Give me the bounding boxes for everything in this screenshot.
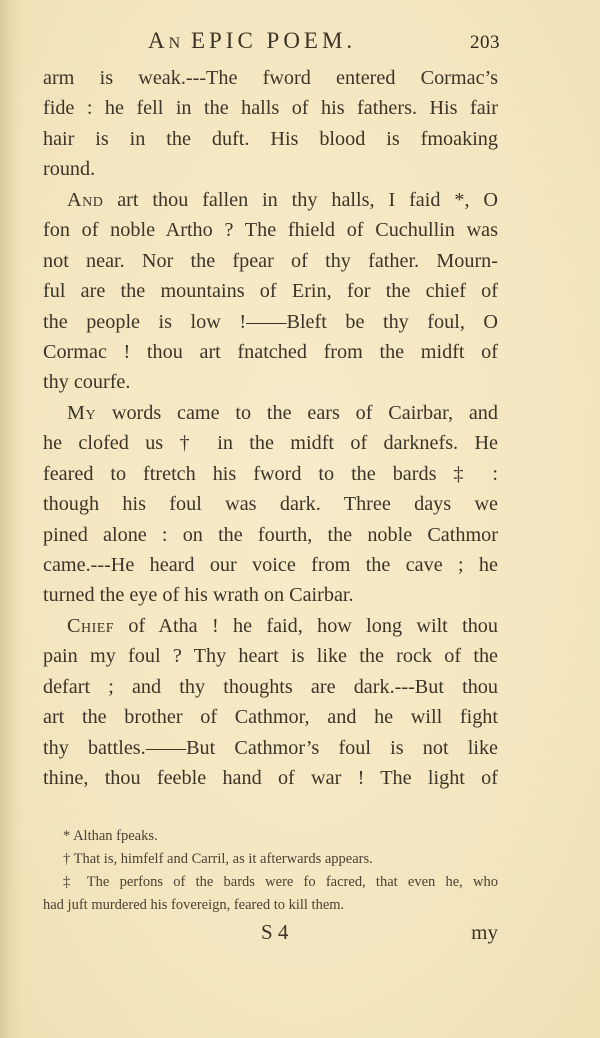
- text-line: pined alone : on the fourth, the noble C…: [43, 520, 498, 550]
- catchword: my: [471, 920, 498, 945]
- paragraph-lead-word: Chief: [67, 615, 114, 637]
- printer-signature-mark: S 4: [261, 920, 288, 945]
- paragraph-start-line: And art thou fallen in thy halls, I faid…: [43, 185, 498, 215]
- text-line: feared to ftretch his fword to the bards…: [43, 459, 498, 489]
- text-line: Cormac ! thou art fnatched from the midf…: [43, 337, 498, 367]
- page-number: 203: [470, 32, 500, 54]
- text-line: thy courfe.: [43, 367, 498, 397]
- text-line: round.: [43, 154, 498, 184]
- paragraph-lead-word: My: [67, 402, 96, 424]
- footnote-double-dagger: ‡ The perfons of the bards were fo facre…: [43, 871, 498, 894]
- signature-row: S 4 my: [43, 920, 498, 948]
- text-line: defart ; and thy thoughts are dark.---Bu…: [43, 672, 498, 702]
- paragraph-lead-word: And: [67, 189, 103, 211]
- text-line: thine, thou feeble hand of war ! The lig…: [43, 763, 498, 793]
- text-line-rest: words came to the ears of Cairbar, and: [96, 402, 498, 424]
- page-gutter-shadow: [0, 0, 22, 1038]
- footnote-dagger: † That is, himfelf and Carril, as it aft…: [43, 848, 498, 871]
- running-title-small-cap: N: [169, 35, 182, 52]
- text-line: art the brother of Cathmor, and he will …: [43, 702, 498, 732]
- footnote-double-dagger-continued: had juft murdered his fovereign, feared …: [43, 894, 498, 917]
- text-line: thy battles.——But Cathmor’s foul is not …: [43, 733, 498, 763]
- text-line: the people is low !——Bleft be thy foul, …: [43, 307, 498, 337]
- text-line: hair is in the duft. His blood is fmoaki…: [43, 124, 498, 154]
- text-line: not near. Nor the fpear of thy father. M…: [43, 246, 498, 276]
- body-text: arm is weak.---The fword entered Cormac’…: [43, 63, 498, 794]
- text-line-rest: of Atha ! he faid, how long wilt thou: [114, 615, 498, 637]
- footnotes: * Althan fpeaks. † That is, himfelf and …: [43, 825, 498, 917]
- running-head: AN EPIC POEM. 203: [0, 24, 600, 54]
- text-line: turned the eye of his wrath on Cairbar.: [43, 580, 498, 610]
- book-page: AN EPIC POEM. 203 arm is weak.---The fwo…: [0, 0, 600, 1038]
- text-line: fon of noble Artho ? The fhield of Cuchu…: [43, 215, 498, 245]
- footnote-asterisk: * Althan fpeaks.: [43, 825, 498, 848]
- running-title-rest: EPIC POEM.: [181, 28, 356, 53]
- text-line: though his foul was dark. Three days we: [43, 489, 498, 519]
- running-title: AN EPIC POEM.: [148, 28, 356, 54]
- paragraph-start-line: My words came to the ears of Cairbar, an…: [43, 398, 498, 428]
- text-line: came.---He heard our voice from the cave…: [43, 550, 498, 580]
- text-line: pain my foul ? Thy heart is like the roc…: [43, 641, 498, 671]
- text-line: ful are the mountains of Erin, for the c…: [43, 276, 498, 306]
- text-line: fide : he fell in the halls of his fathe…: [43, 93, 498, 123]
- text-line: arm is weak.---The fword entered Cormac’…: [43, 63, 498, 93]
- paragraph-start-line: Chief of Atha ! he faid, how long wilt t…: [43, 611, 498, 641]
- running-title-lead: A: [148, 28, 169, 53]
- text-line-rest: art thou fallen in thy halls, I faid *, …: [103, 189, 498, 211]
- text-line: he clofed us † in the midft of darknefs.…: [43, 428, 498, 458]
